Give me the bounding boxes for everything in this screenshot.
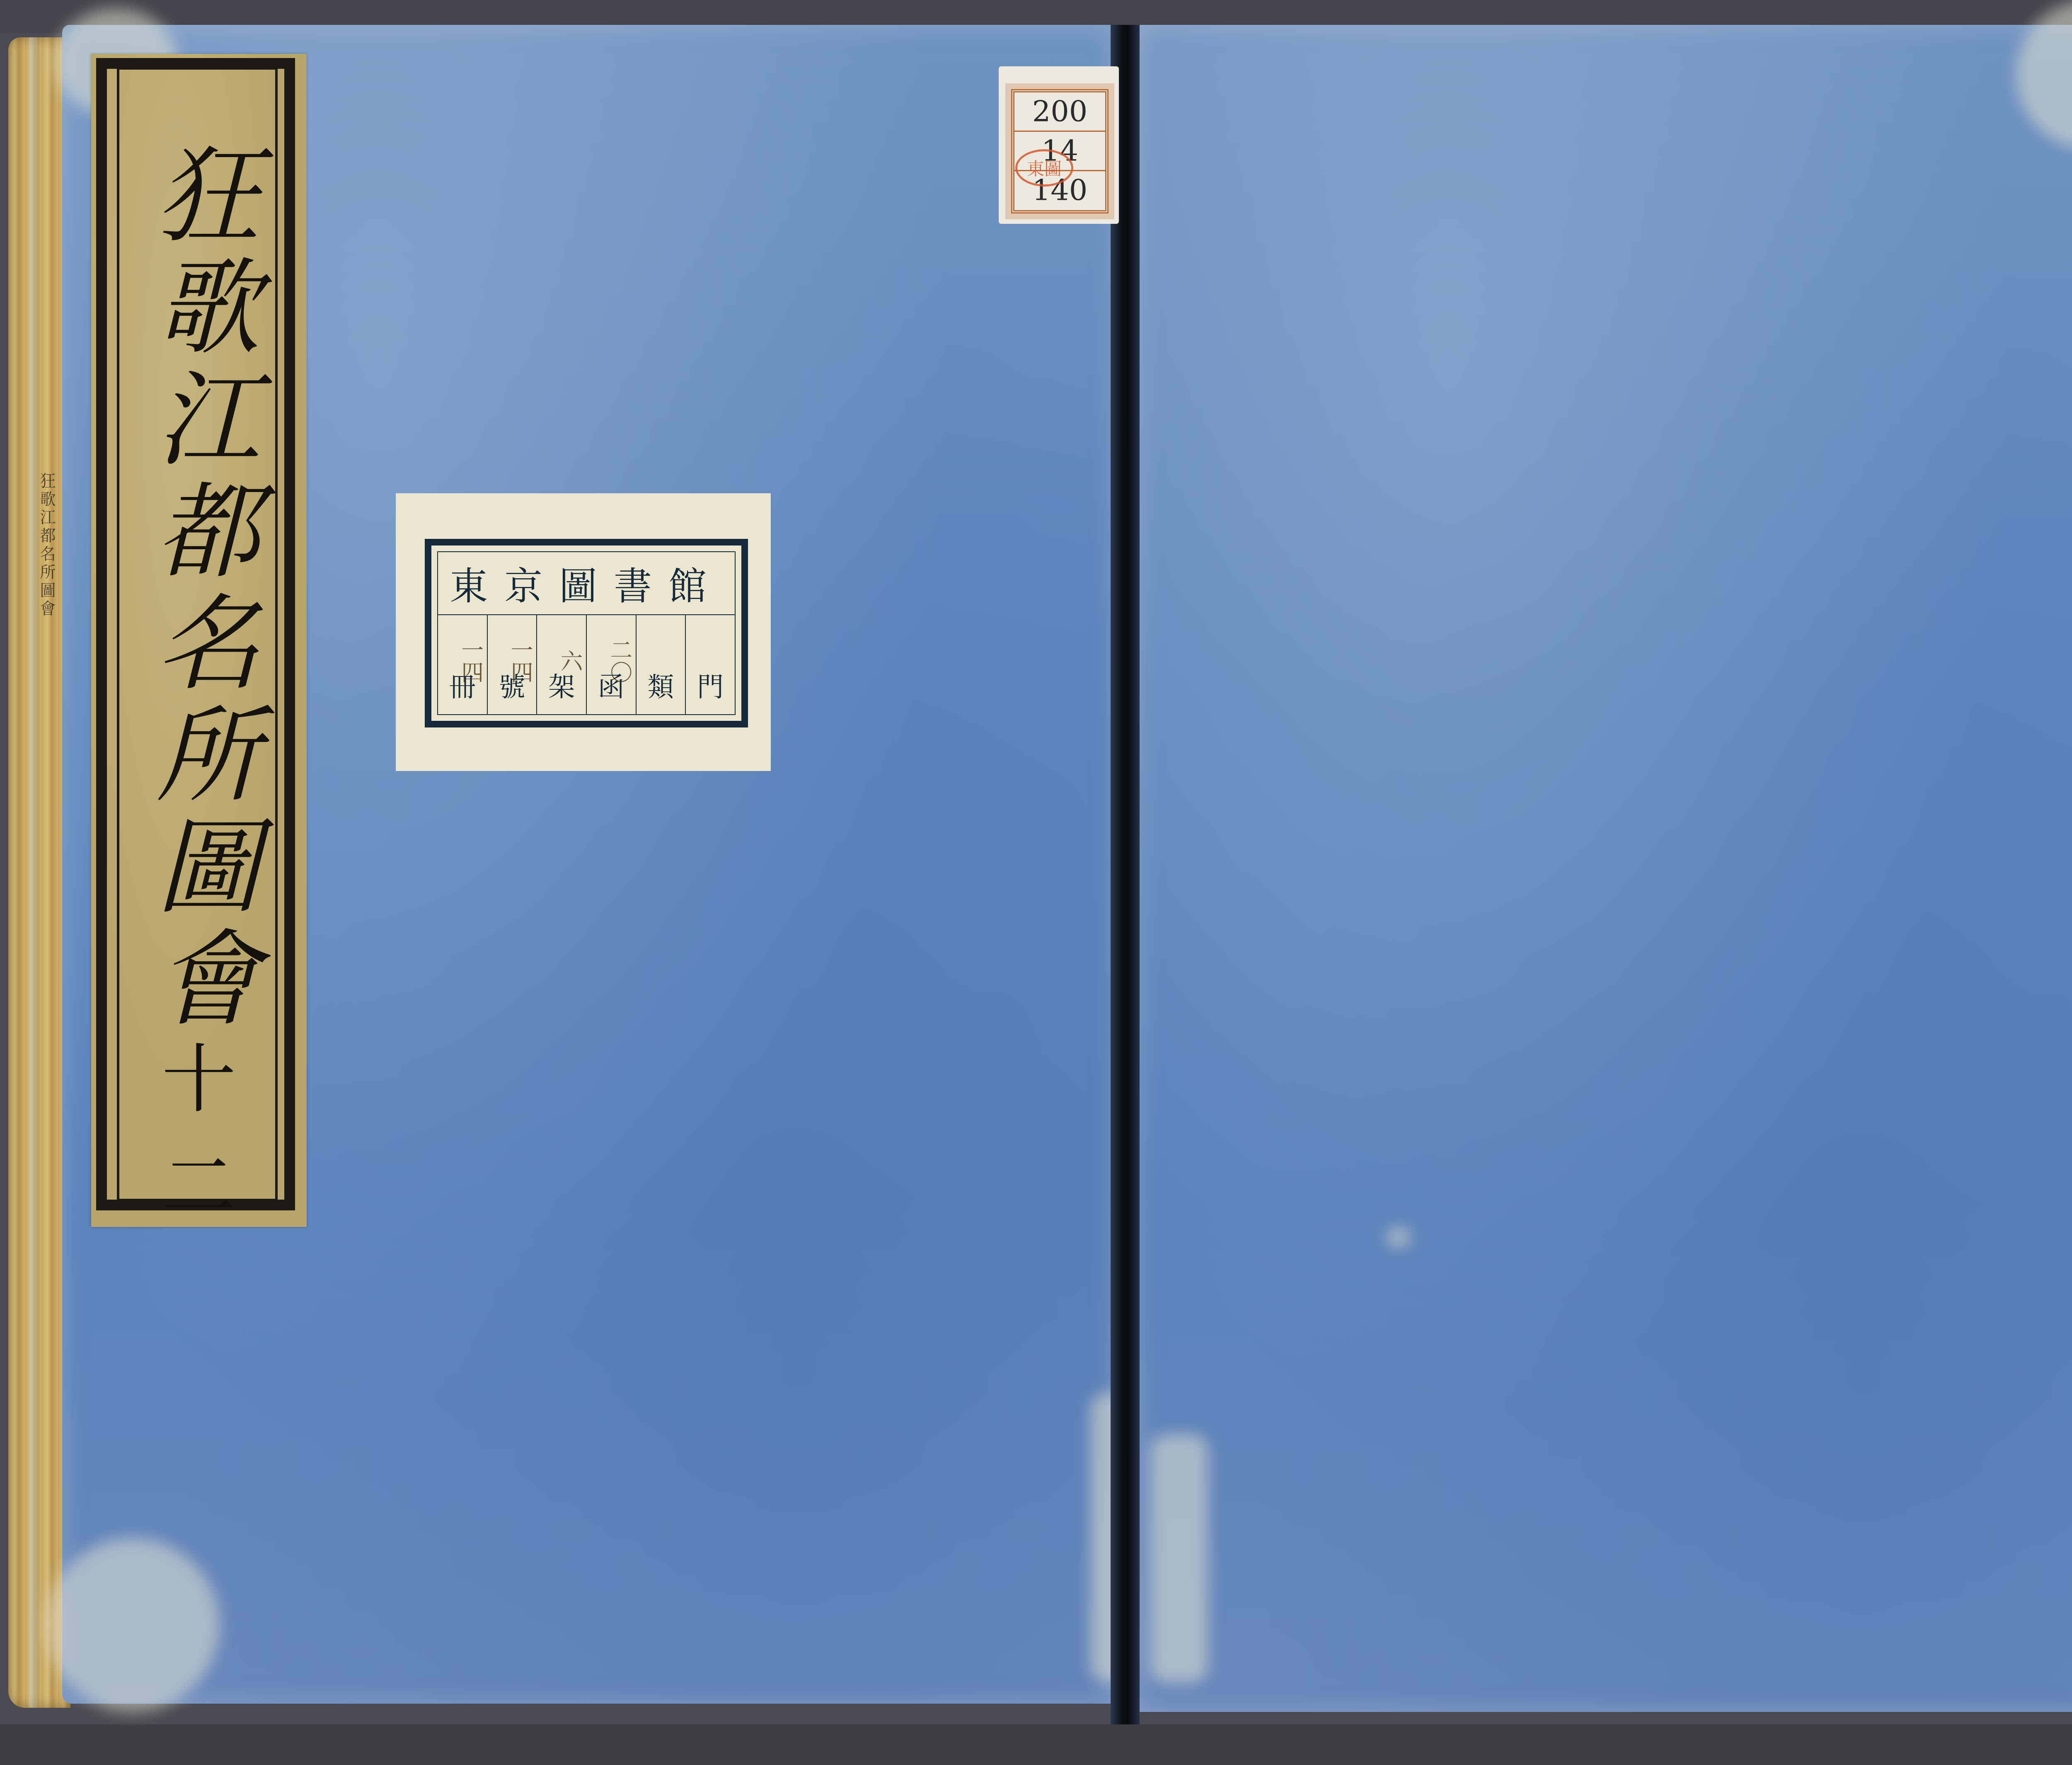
red-seal-icon: 東圖 bbox=[1015, 149, 1073, 187]
label-column-mon: 門 bbox=[686, 615, 735, 714]
call-number-stamp: 200 14 140 東圖 bbox=[999, 66, 1119, 224]
label-column-go: 一四 號 bbox=[488, 615, 537, 714]
label-column-rui: 類 bbox=[637, 615, 686, 714]
back-cover bbox=[1138, 25, 2072, 1712]
library-name: 東京圖書館 bbox=[438, 552, 735, 615]
left-fore-edge: 狂歌江都名所圖會 bbox=[8, 37, 70, 1708]
book-title: 狂歌江都名所圖會 bbox=[145, 141, 253, 1036]
stamp-row-1: 200 bbox=[1014, 92, 1105, 132]
left-fore-edge-text: 狂歌江都名所圖會 bbox=[37, 473, 56, 929]
title-slip: 狂歌江都名所圖會 十二 bbox=[91, 54, 307, 1227]
library-label-frame: 東京圖書館 門 類 二〇 函 六 架 一 bbox=[425, 539, 748, 727]
book-gutter bbox=[1111, 25, 1140, 1724]
label-column-kan: 二〇 函 bbox=[587, 615, 637, 714]
background-bottom bbox=[0, 1724, 2072, 1765]
volume-number: 十二 bbox=[153, 1020, 244, 1234]
label-column-satsu: 一四 冊 bbox=[438, 615, 488, 714]
label-column-ka: 六 架 bbox=[537, 615, 587, 714]
stamp-ornamental-border: 200 14 140 bbox=[1011, 89, 1109, 213]
library-label: 東京圖書館 門 類 二〇 函 六 架 一 bbox=[396, 493, 771, 771]
